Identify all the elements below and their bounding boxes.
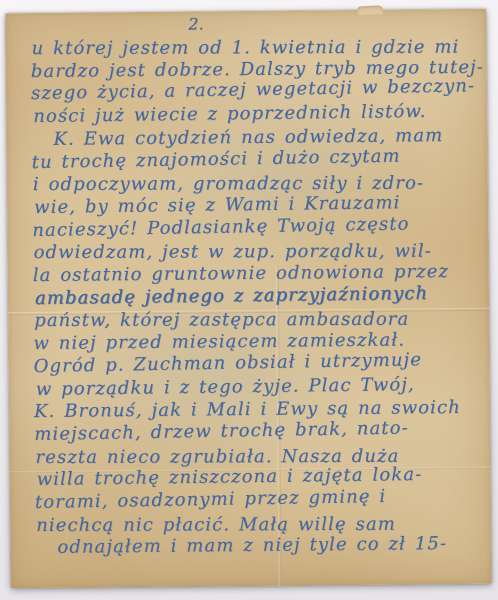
paper-tear [357,5,383,15]
handwritten-line: niechcą nic płacić. Małą willę sam [36,513,482,537]
handwritten-line: u której jestem od 1. kwietnia i gdzie m… [32,37,478,61]
handwritten-line: państw, której zastępca ambasadora [34,309,480,333]
handwritten-line: odwiedzam, jest w zup. porządku, wil- [34,241,480,265]
scan-background: 2. u której jestem od 1. kwietnia i gdzi… [0,0,498,600]
handwritten-line: ambasadę jednego z zaprzyjaźnionych [35,282,481,311]
letter-page: 2. u której jestem od 1. kwietnia i gdzi… [5,9,491,589]
letter-text: u której jestem od 1. kwietnia i gdzie m… [30,34,481,560]
page-number: 2. [188,14,203,33]
